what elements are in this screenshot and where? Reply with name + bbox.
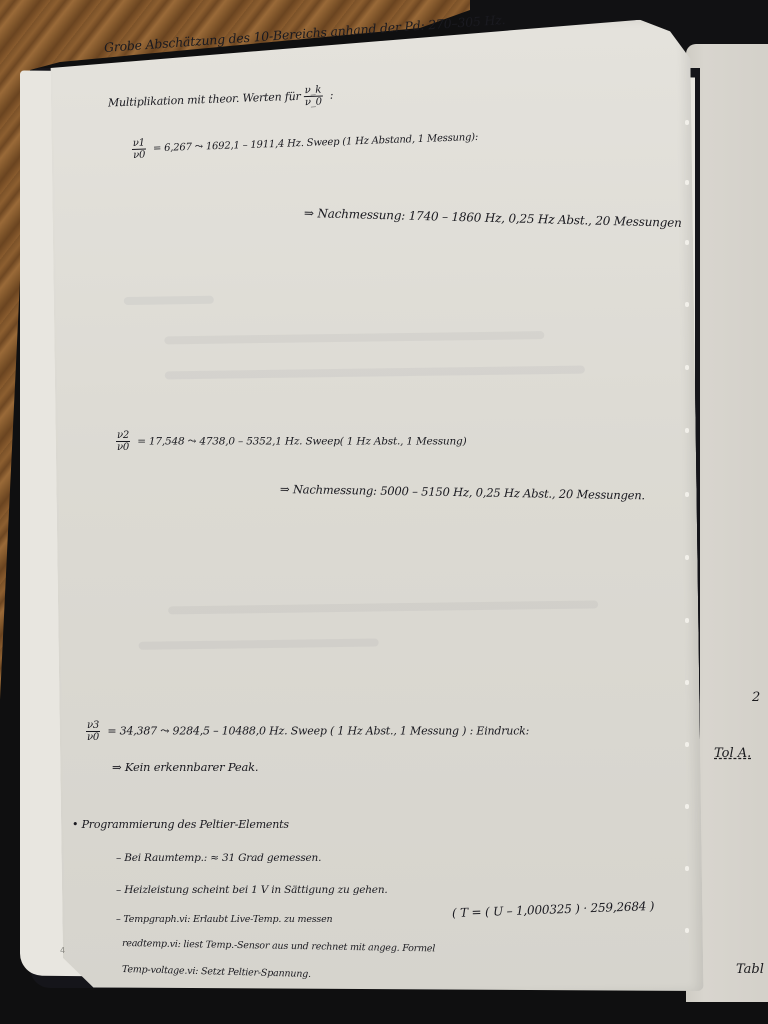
- show-through-mark: [164, 331, 544, 344]
- equation-2-fraction: ν2 ν0: [116, 430, 130, 453]
- show-through-mark: [124, 296, 214, 305]
- equation-2-text: = 17,548 ⤳ 4738,0 – 5352,1 Hz. Sweep( 1 …: [137, 436, 466, 448]
- show-through-mark: [139, 638, 379, 649]
- right-page-fragment-top: 2: [752, 690, 760, 705]
- sub-item-heating: – Heizleistung scheint bei 1 V in Sättig…: [116, 884, 388, 896]
- right-page-fragment-bottom: Tabl: [736, 962, 764, 977]
- bullet-peltier: • Programmierung des Peltier-Elements: [72, 818, 289, 831]
- subtitle-text: Multiplikation mit theor. Werten für: [108, 90, 301, 110]
- binding-stitches: [685, 120, 689, 1000]
- equation-2: ν2 ν0 = 17,548 ⤳ 4738,0 – 5352,1 Hz. Swe…: [116, 430, 466, 453]
- sub-item-room-temp: – Bei Raumtemp.: ≈ 31 Grad gemessen.: [116, 852, 321, 864]
- page-number: 4: [60, 946, 65, 955]
- equation-3-fraction: ν3 ν0: [86, 720, 100, 743]
- equation-3-text: = 34,387 ⤳ 9284,5 – 10488,0 Hz. Sweep ( …: [107, 725, 529, 738]
- equation-3-followup: ⇒ Kein erkennbarer Peak.: [112, 760, 258, 774]
- equation-3: ν3 ν0 = 34,387 ⤳ 9284,5 – 10488,0 Hz. Sw…: [86, 720, 529, 743]
- equation-1-fraction: ν1 ν0: [132, 138, 147, 161]
- sub-item-tempgraph: – Tempgraph.vi: Erlaubt Live-Temp. zu me…: [116, 914, 332, 925]
- show-through-mark: [165, 366, 585, 380]
- subtitle-fraction: ν_k ν_0: [303, 85, 322, 109]
- show-through-mark: [168, 600, 598, 614]
- right-page-fragment-mid: Tol A.: [714, 746, 751, 761]
